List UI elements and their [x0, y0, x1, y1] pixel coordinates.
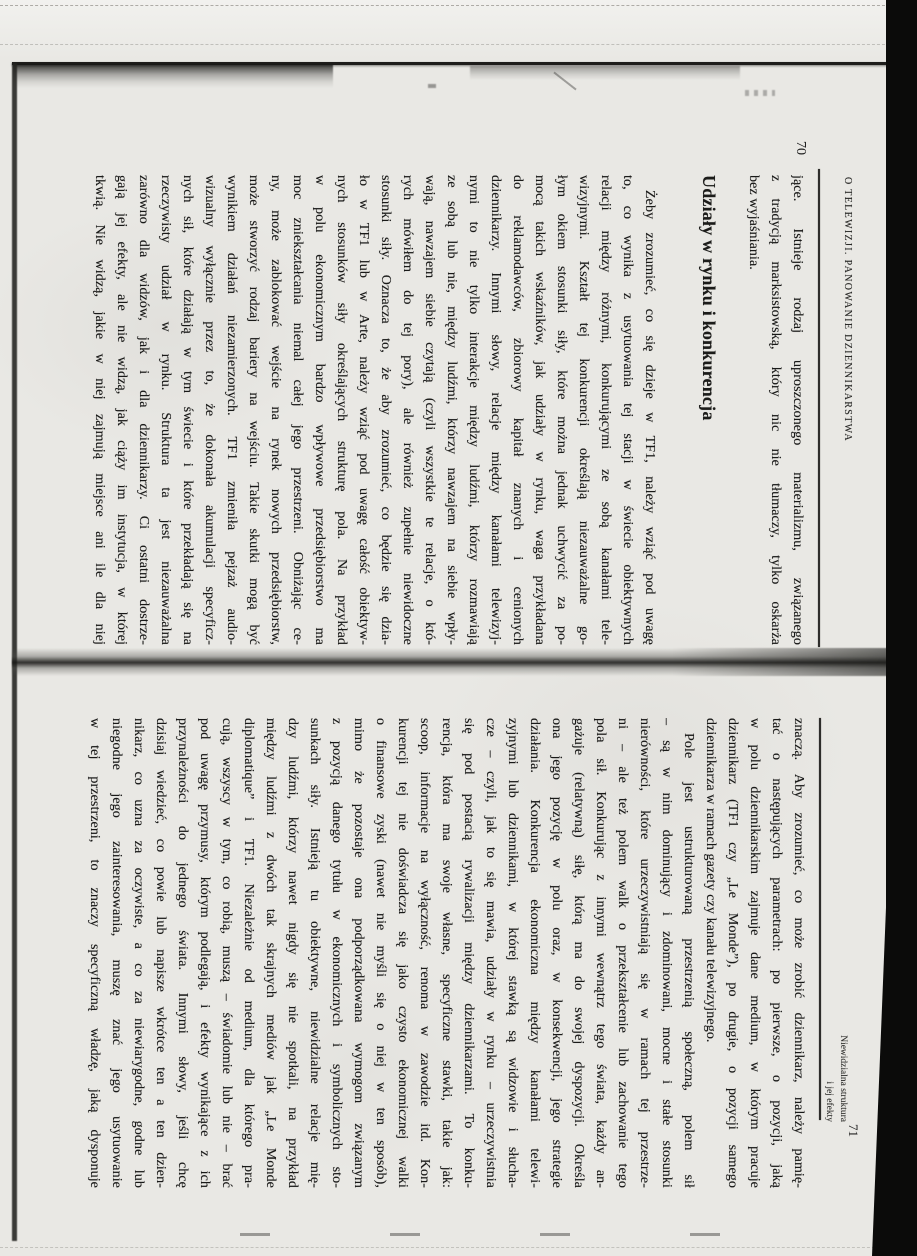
text-line: relacji między różnymi, konkurującymi ze…: [594, 175, 616, 645]
text-line: w polu ekonomicznym bardzo wpływowe prze…: [308, 175, 330, 645]
text-line: w tej przestrzeni, to znaczy specyficzną…: [83, 718, 105, 1188]
text-line: wają, nawzajem siebie czytają (czyli wsz…: [418, 175, 440, 645]
text-line: o finansowe zyski (nawet nie myśli się o…: [369, 718, 391, 1188]
section-heading: Udziały w rynku i konkurencja: [696, 175, 722, 645]
text-line: zyjnymi lub dziennikami, w której stawką…: [501, 718, 523, 1188]
page-71: Niewidzialna struktura i jej efekty 71 z…: [81, 718, 865, 1188]
scan-top-streak-2: [0, 44, 900, 45]
page-71-running-head: Niewidzialna struktura i jej efekty 71: [819, 718, 865, 1188]
scan-black-edge-band: [886, 0, 917, 1256]
text-line: scoop, informacje na wyłączność, renoma …: [413, 718, 435, 1188]
running-head-title: Niewidzialna struktura i jej efekty: [822, 718, 850, 1122]
running-head-line-2: i jej efekty: [822, 718, 836, 1122]
text-line: się pod postacią rywalizacji między dzie…: [457, 718, 479, 1188]
text-line: ny, może zablokować wejście na rynek now…: [264, 175, 286, 645]
text-line: ni – ale też polem walk o przekształceni…: [611, 718, 633, 1188]
text-line: cze – czyli, jak to się mawia, udziały w…: [479, 718, 501, 1188]
text-line: dziennikarza w ramach gazety czy kanału …: [699, 718, 721, 1188]
text-line: diplomatique” i TF1. Niezależnie od medi…: [237, 718, 259, 1188]
text-line: nierówności, które urzeczywistniają się …: [633, 718, 655, 1188]
text-line: niegodne jego zainteresowania, muszę zna…: [105, 718, 127, 1188]
text-line: z tradycją marksistowską, który nic nie …: [764, 175, 786, 645]
page-70: O TELEWIZJI. PANOWANIE DZIENNIKARSTWA 70…: [88, 175, 858, 645]
text-line: działania. Konkurencja ekonomiczna międz…: [523, 718, 545, 1188]
text-line: to, co wynika z usytuowania tej stacji w…: [616, 175, 638, 645]
text-line: Pole jest ustrukturowaną przestrzenią sp…: [677, 718, 699, 1188]
text-line: tkwią. Nie widzą, jakie w niej zajmują m…: [88, 175, 110, 645]
scan-bottom-streak: [0, 1247, 900, 1248]
text-line: Żeby zrozumieć, co się dzieje w TF1, nal…: [638, 175, 660, 645]
running-head-rule: [819, 718, 821, 1120]
text-line: nymi to nie tylko interakcje między ludź…: [462, 175, 484, 645]
scan-top-streak: [0, 5, 900, 6]
text-line: nych stosunków siły określających strukt…: [330, 175, 352, 645]
scan-speck: [745, 90, 775, 96]
running-head-title: O TELEWIZJI. PANOWANIE DZIENNIKARSTWA: [842, 177, 853, 442]
page-number-70: 70: [792, 141, 808, 155]
text-line: dzisiaj wiedzieć, co powie lub napisze w…: [149, 718, 171, 1188]
text-line: ze sobą lub nie, między ludźmi, którzy n…: [440, 175, 462, 645]
text-line: rzeczywisty udział w rynku. Struktura ta…: [154, 175, 176, 645]
text-line: zarówno dla widzów, jak i dla dziennikar…: [132, 175, 154, 645]
text-line: ona jego pozycję w polu oraz, w konsekwe…: [545, 718, 567, 1188]
text-line: gażuje (relatywną) siłę, którą ma do swo…: [567, 718, 589, 1188]
text-line: między ludźmi z dwóch tak skrajnych medi…: [259, 718, 281, 1188]
text-line: kurencji tej nie doświadcza się jako czy…: [391, 718, 413, 1188]
text-line: mimo że pozostaje ona podporządkowana wy…: [347, 718, 369, 1188]
text-line: ło w TF1 lub w Arte, należy wziąć pod uw…: [352, 175, 374, 645]
running-head-rule: [818, 169, 820, 647]
page-number-71: 71: [845, 1124, 861, 1137]
text-line: pod uwagę przymusy, którym podlegają, i …: [193, 718, 215, 1188]
text-line: łym okiem stosunki siły, które można jed…: [550, 175, 572, 645]
text-line: mocą takich wskaźników, jak udziały w ry…: [528, 175, 550, 645]
text-line: dziennikarz (TF1 czy „Le Monde”), po dru…: [721, 718, 743, 1188]
text-line: stosunki siły. Oznacza to, że aby zrozum…: [374, 175, 396, 645]
text-line: rencja, która ma swoje własne, specyficz…: [435, 718, 457, 1188]
text-line: znaczą. Aby zrozumieć, co może zrobić dz…: [787, 718, 809, 1188]
text-line: w polu dziennikarskim zajmuje dane mediu…: [743, 718, 765, 1188]
text-line: z pozycją danego tytułu w ekonomicznych …: [325, 718, 347, 1188]
text-line: pola sił. Konkurując z innymi wewnątrz t…: [589, 718, 611, 1188]
text-line: przynależności do jednego świata. Innymi…: [171, 718, 193, 1188]
text-line: moc zniekształcania niemal całej jego pr…: [286, 175, 308, 645]
text-line: cują, wszyscy w tym, co robią, muszą – ś…: [215, 718, 237, 1188]
page-70-body-text: Żeby zrozumieć, co się dzieje w TF1, nal…: [88, 175, 660, 645]
text-line: dziennikarzy. Innymi słowy, relacje międ…: [484, 175, 506, 645]
scan-bottom-dashes: [240, 1233, 800, 1236]
edge-ink-smudge: [13, 64, 333, 88]
running-head-line-1: Niewidzialna struktura: [836, 718, 850, 1122]
text-line: może stworzyć rodzaj bariery na wejściu.…: [242, 175, 264, 645]
book-gutter-shadow: [12, 648, 892, 676]
text-line: sunkach siły. Istnieją tu obiektywne, ni…: [303, 718, 325, 1188]
text-line: – są w nim dominujący i zdominowani, moc…: [655, 718, 677, 1188]
page-70-running-head: O TELEWIZJI. PANOWANIE DZIENNIKARSTWA: [818, 175, 858, 645]
text-line: jące. Istnieje rodzaj uproszczonego mate…: [786, 175, 808, 645]
text-line: rych mówiłem do tej pory), ale również z…: [396, 175, 418, 645]
text-line: wizyjnymi. Kształt tej konkurencji okreś…: [572, 175, 594, 645]
text-line: nych sił, które działają w tym świecie i…: [176, 175, 198, 645]
text-line: tać o następujących parametrach: po pier…: [765, 718, 787, 1188]
text-line: nikarz, co uzna za oczywiste, a co za ni…: [127, 718, 149, 1188]
text-line: dzy ludźmi, którzy nawet nigdy się nie s…: [281, 718, 303, 1188]
text-line: wizualny wyłącznie przez to, że dokonała…: [198, 175, 220, 645]
text-line: bez wyjaśniania.: [742, 175, 764, 645]
page-71-body-text: znaczą. Aby zrozumieć, co może zrobić dz…: [83, 718, 809, 1188]
text-line: do reklamodawców, zbiorowy kapitał znany…: [506, 175, 528, 645]
scan-speck-2: [428, 84, 436, 88]
text-line: gają jej efekty, ale nie widzą, jak ciąż…: [110, 175, 132, 645]
intro-paragraph: jące. Istnieje rodzaj uproszczonego mate…: [742, 175, 808, 645]
scanned-book-spread: O TELEWIZJI. PANOWANIE DZIENNIKARSTWA 70…: [0, 0, 917, 1256]
text-line: wynikiem działań niezamierzonych. TF1 zm…: [220, 175, 242, 645]
edge-ink-smudge-2: [470, 66, 740, 80]
